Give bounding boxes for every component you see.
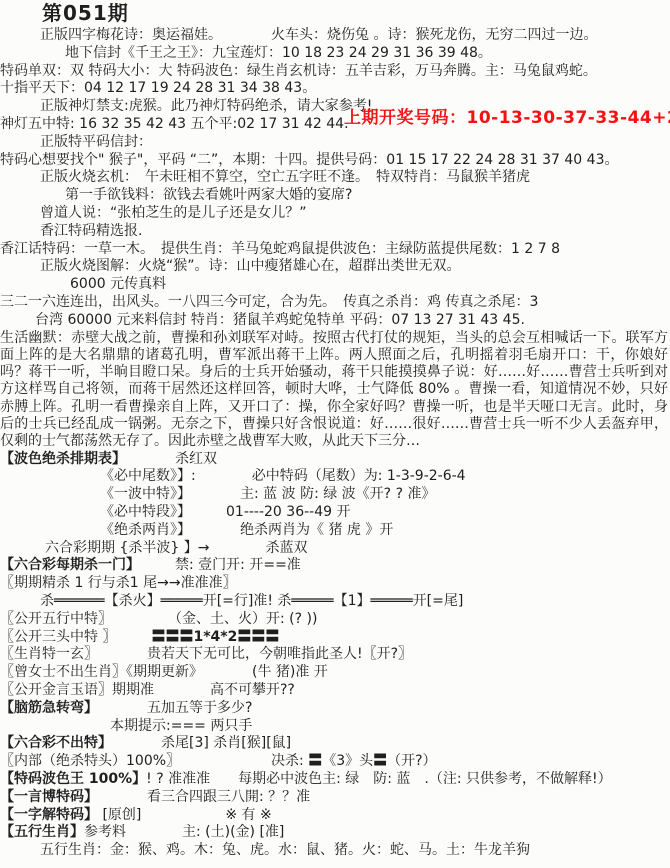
text-run: 【特码波色王 100%】 — [0, 771, 146, 787]
doc-line: 杀══════【杀火】═════开[=行]准! 杀═════【1】═════开[… — [0, 593, 670, 611]
text-run: 十指平天下：04 12 17 19 24 28 31 34 38 43。 — [0, 80, 316, 96]
doc-line: 正版特平码信封： — [0, 134, 670, 152]
text-run: 正版特平码信封： — [40, 134, 152, 150]
text-run: 《必中特段》】 01----20 36--49 开 — [100, 504, 350, 520]
doc-line: 【脑筋急转弯】 五加五等于多少? — [0, 700, 670, 718]
doc-line: 【五行生肖】参考料 主: (土)(金) [准] — [0, 824, 670, 842]
doc-line: 【波色绝杀排期表】 杀红双 — [0, 451, 670, 469]
doc-line: 〖内部（绝杀特头）100%〗 决杀: 〓《3》头〓（开?） — [0, 753, 670, 771]
doc-line: 正版四字梅花诗：奥运福娃。 火车头：烧伤兔 。诗：猴死龙伤，无穷二四过一边。 — [0, 27, 670, 45]
text-run: 【六合彩不出特】 — [0, 735, 105, 751]
text-run: 杀红双 — [119, 451, 217, 467]
doc-line: 特码心想要找个" 猴子"，平码 “二”，本期：十四。提供号码：01 15 17 … — [0, 152, 670, 170]
text-run: 【六合彩每期杀一门】 — [0, 557, 133, 573]
doc-line: 正版火烧玄机： 午未旺相不算空，空亡五字旺不逢。 特双特肖：马鼠猴羊猪虎 — [0, 169, 670, 187]
humor-paragraph: 生活幽默：赤壁大战之前，曹操和孙刘联军对峙。按照古代打仗的规矩，当头的总会互相喊… — [0, 330, 670, 451]
doc-line: 特码单双：双 特码大小：大 特码波色：绿生肖玄机诗：五羊吉彩，万马奔腾。主：马兔… — [0, 63, 670, 81]
doc-line: 本期提示:=== 两只手 — [0, 718, 670, 736]
text-run: 《绝杀两肖》】 绝杀两肖为《 猪 虎 》开 — [100, 522, 393, 538]
doc-line: 地下信封《千王之王》：九宝莲灯：10 18 23 24 29 31 36 39 … — [0, 45, 670, 63]
text-run: 〖期期精杀 1 行与杀1 尾→→准准准〗 — [0, 575, 237, 591]
last-draw-numbers: 上期开奖号码：10-13-30-37-33-44+23 — [344, 103, 670, 128]
text-run: 正版火烧图解：火烧“猴”。诗：山中瘦猪雄心在，超群出类世无双。 — [40, 258, 461, 274]
text-run: 生活幽默：赤壁大战之前，曹操和孙刘联军对峙。按照古代打仗的规矩，当头的总会互相喊… — [0, 330, 668, 450]
text-run: 特码单双：双 特码大小：大 特码波色：绿生肖玄机诗：五羊吉彩，万马奔腾。主：马兔… — [0, 63, 597, 79]
doc-line: 【六合彩不出特】 杀尾[3] 杀肖[猴][鼠] — [0, 735, 670, 753]
doc-line: 《必中特段》】 01----20 36--49 开 — [0, 504, 670, 522]
text-run: 三二一六连连出，出风头。一八四三今可定，合为先。 传真之杀肖：鸡 传真之杀尾：3 — [0, 294, 538, 310]
doc-line: 【一言博特码】 看三合四跟三八開: ？？准 — [0, 789, 670, 807]
text-run: 禁: 壹门开: 开==准 — [133, 557, 301, 573]
text-run: 正版火烧玄机： 午未旺相不算空，空亡五字旺不逢。 特双特肖：马鼠猴羊猪虎 — [40, 169, 530, 185]
doc-line: 六合彩期期 {杀半波} 】→ 杀蓝双 — [0, 540, 670, 558]
text-run: 《3》头 — [322, 753, 373, 769]
doc-line: 台湾 60000 元来料信封 特肖：猪鼠羊鸡蛇兔特单 平码：07 13 27 3… — [0, 312, 670, 330]
text-run: 〖内部（绝杀特头）100%〗 决杀: — [0, 753, 308, 769]
doc-line: 三二一六连连出，出风头。一八四三今可定，合为先。 传真之杀肖：鸡 传真之杀尾：3 — [0, 294, 670, 312]
doc-line: 曾道人说：“张柏芝生的是儿子还是女儿？” — [0, 205, 670, 223]
doc-line: 〖公开三头中特 〗 〓〓〓1*4*2〓〓〓 — [0, 629, 670, 647]
doc-line: 《必中尾数》】: 必中特码（尾数）为: 1-3-9-2-6-4 — [0, 468, 670, 486]
text-run: 神灯五中特: 16 32 35 42 43 五个平:02 17 31 42 44… — [0, 116, 349, 132]
text-run: 曾道人说：“张柏芝生的是儿子还是女儿？” — [40, 205, 307, 221]
doc-line: 〖生肖特一玄〗 贵若天下无可比，今朝唯指此圣人!〖开?〗 — [0, 646, 670, 664]
text-run: 【五行生肖】 — [0, 824, 84, 840]
doc-line: 《绝杀两肖》】 绝杀两肖为《 猪 虎 》开 — [0, 522, 670, 540]
text-run: 杀══════【杀火】═════开[=行]准! 杀═════【1】═════开[… — [40, 593, 463, 609]
doc-line: 《一波中特》】 主: 蓝 波 防: 绿 波《开? ? 准》 — [0, 486, 670, 504]
text-run: 五行生肖：金：猴、鸡。木：兔、虎。水：鼠、猪。火：蛇、马。土：牛龙羊狗 — [40, 842, 530, 858]
text-run: 正版四字梅花诗：奥运福娃。 火车头：烧伤兔 。诗：猴死龙伤，无穷二四过一边。 — [40, 27, 597, 43]
text-run: 地下信封《千王之王》：九宝莲灯：10 18 23 24 29 31 36 39 … — [65, 45, 492, 61]
text-run: 【一字解特码】 — [0, 807, 98, 823]
doc-line: 〖期期精杀 1 行与杀1 尾→→准准准〗 — [0, 575, 670, 593]
doc-line: 〖公开金言玉语〗期期准 高不可攀开?? — [0, 682, 670, 700]
text-run: 《一波中特》】 主: 蓝 波 防: 绿 波《开? ? 准》 — [100, 486, 435, 502]
doc-line: 【一字解特码】 [原创] ※ 有 ※ — [0, 807, 670, 825]
text-run: 〖公开五行中特〗 （金、土、火）开: (? )) — [0, 611, 317, 627]
doc-line: 香江特码精选报. — [0, 223, 670, 241]
text-run: 台湾 60000 元来料信封 特肖：猪鼠羊鸡蛇兔特单 平码：07 13 27 3… — [35, 312, 525, 328]
text-run: 6000 元传真料 — [70, 276, 166, 292]
text-run: 参考料 主: (土)(金) [准] — [84, 824, 284, 840]
text-run: 杀尾[3] 杀肖[猴][鼠] — [105, 735, 291, 751]
text-run: 〓〓〓1*4*2〓〓〓 — [151, 629, 279, 645]
text-run: 〖公开三头中特 〗 — [0, 629, 151, 645]
doc-line: 正版火烧图解：火烧“猴”。诗：山中瘦猪雄心在，超群出类世无双。 — [0, 258, 670, 276]
text-run: 【一言博特码】 — [0, 789, 91, 805]
text-run: 看三合四跟三八開: ？？准 — [91, 789, 310, 805]
text-run: 第一手欲钱料：欲钱去看姚叶两家大婚的宴席? — [65, 187, 352, 203]
text-run: 〖曾女士不出生肖〗《期期更新》 (牛 猪)准 开 — [0, 664, 328, 680]
text-run: 香江特码精选报. — [40, 223, 142, 239]
text-run: 〓 — [373, 753, 387, 769]
text-run: 〖公开金言玉语〗期期准 高不可攀开?? — [0, 682, 295, 698]
doc-line: 〖曾女士不出生肖〗《期期更新》 (牛 猪)准 开 — [0, 664, 670, 682]
doc-line: 【六合彩每期杀一门】 禁: 壹门开: 开==准 — [0, 557, 670, 575]
text-run: 香江话特码：一草一木。 提供生肖：羊马兔蛇鸡鼠提供波色：主绿防蓝提供尾数：1 2… — [0, 241, 560, 257]
text-run: [原创] ※ 有 ※ — [98, 807, 272, 823]
doc-line: 6000 元传真料 — [0, 276, 670, 294]
page-title: 第051期 — [0, 0, 670, 27]
text-run: 六合彩期期 {杀半波} 】→ 杀蓝双 — [45, 540, 307, 556]
text-run: 【脑筋急转弯】 — [0, 700, 91, 716]
text-run: 【波色绝杀排期表】 — [0, 451, 119, 467]
doc-line: 【特码波色王 100%】! ? 准准准 每期必中波色主: 绿 防: 蓝 .（注:… — [0, 771, 670, 789]
doc-line: 第一手欲钱料：欲钱去看姚叶两家大婚的宴席? — [0, 187, 670, 205]
doc-line: 〖公开五行中特〗 （金、土、火）开: (? )) — [0, 611, 670, 629]
text-run: 〖生肖特一玄〗 贵若天下无可比，今朝唯指此圣人!〖开?〗 — [0, 646, 412, 662]
lottery-tip-sheet: 第051期 正版四字梅花诗：奥运福娃。 火车头：烧伤兔 。诗：猴死龙伤，无穷二四… — [0, 0, 670, 860]
text-run: 本期提示:=== 两只手 — [110, 718, 252, 734]
text-run: 特码心想要找个" 猴子"，平码 “二”，本期：十四。提供号码：01 15 17 … — [0, 152, 618, 168]
text-run: （开?） — [387, 753, 436, 769]
text-run: ! ? 准准准 每期必中波色主: 绿 防: 蓝 .（注: 只供参考，不做解释!） — [146, 771, 612, 787]
doc-body: 正版四字梅花诗：奥运福娃。 火车头：烧伤兔 。诗：猴死龙伤，无穷二四过一边。地下… — [0, 27, 670, 860]
doc-line: 十指平天下：04 12 17 19 24 28 31 34 38 43。 — [0, 80, 670, 98]
doc-line: 香江话特码：一草一木。 提供生肖：羊马兔蛇鸡鼠提供波色：主绿防蓝提供尾数：1 2… — [0, 241, 670, 259]
text-run: 正版神灯禁支:虎猴。此乃神灯特码绝杀，请大家参考! — [40, 98, 372, 114]
text-run: 五加五等于多少? — [91, 700, 252, 716]
text-run: 《必中尾数》】: 必中特码（尾数）为: 1-3-9-2-6-4 — [100, 468, 466, 484]
text-run: 〓 — [308, 753, 322, 769]
doc-line: 五行生肖：金：猴、鸡。木：兔、虎。水：鼠、猪。火：蛇、马。土：牛龙羊狗 — [0, 842, 670, 860]
